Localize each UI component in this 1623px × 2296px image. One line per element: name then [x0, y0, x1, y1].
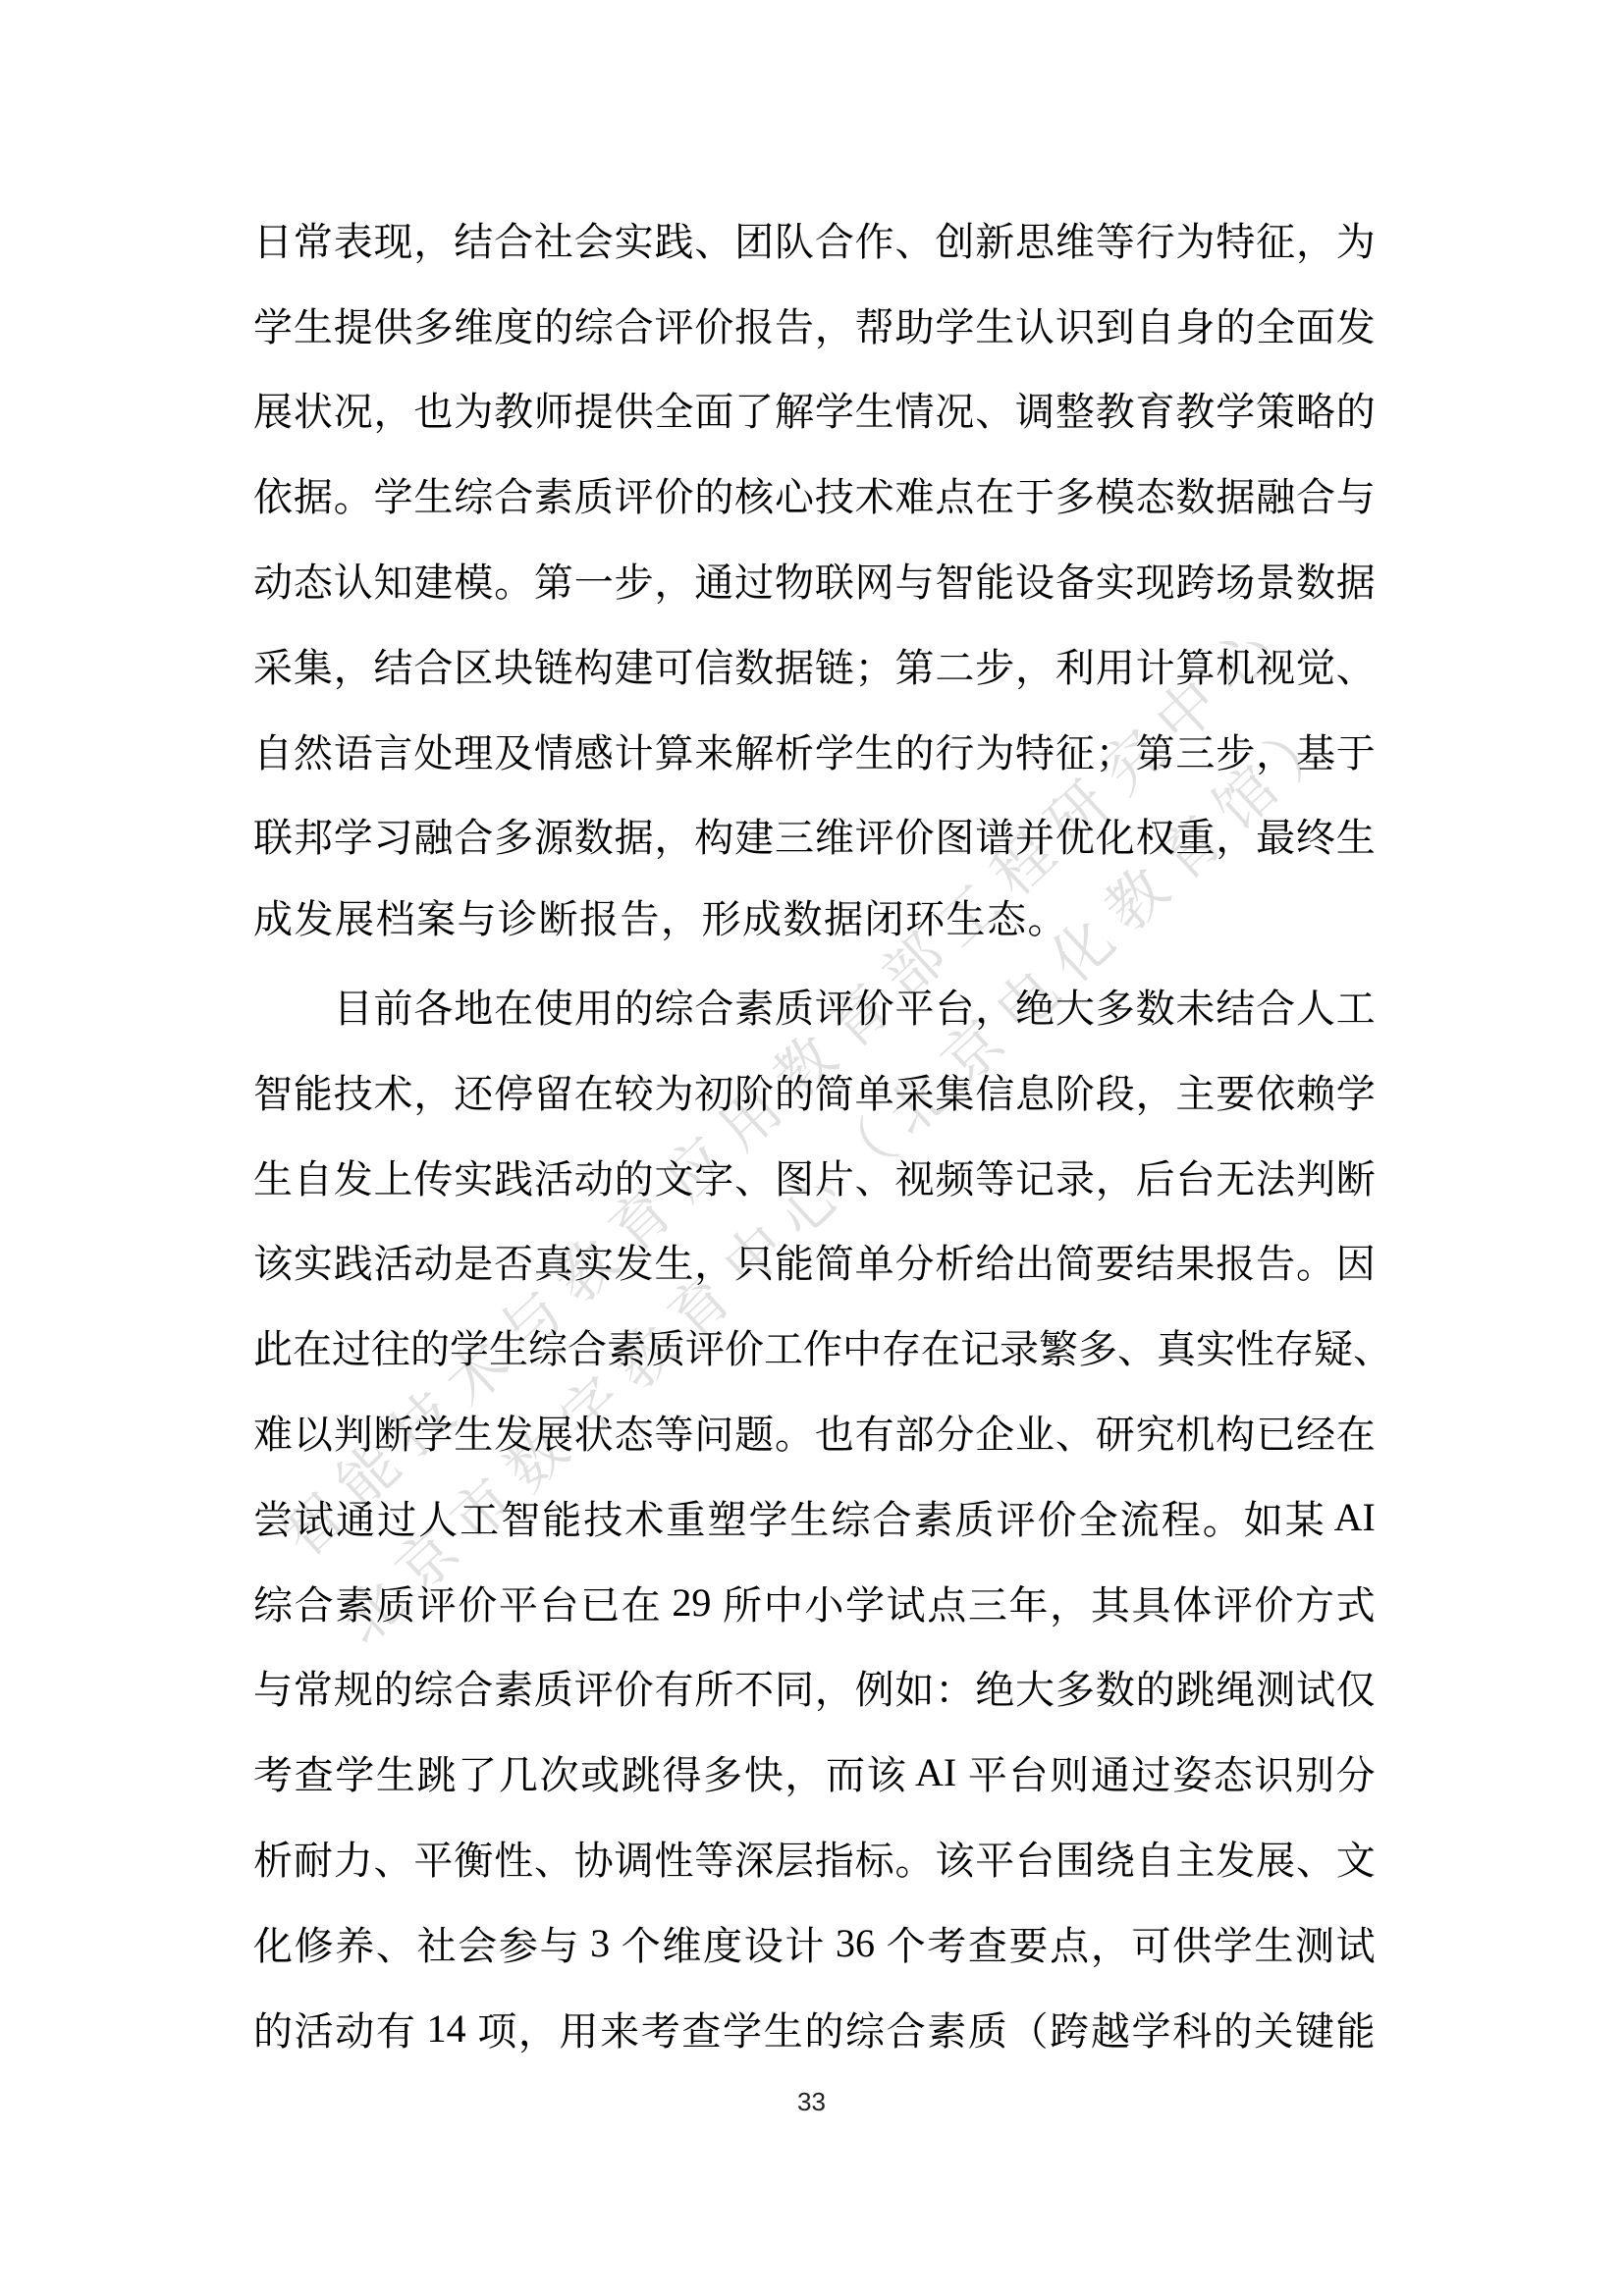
text-line: 采集，结合区块链构建可信数据链；第二步，利用计算机视觉、 [253, 622, 1376, 708]
text-line: 的活动有 14 项，用来考查学生的综合素质（跨越学科的关键能 [253, 1986, 1376, 2071]
text-line: 动态认知建模。第一步，通过物联网与智能设备实现跨场景数据 [253, 537, 1376, 622]
text-line: 化修养、社会参与 3 个维度设计 36 个考查要点，可供学生测试 [253, 1900, 1376, 1986]
text-line: 析耐力、平衡性、协调性等深层指标。该平台围绕自主发展、文 [253, 1815, 1376, 1900]
text-line: 综合素质评价平台已在 29 所中小学试点三年，其具体评价方式 [253, 1560, 1376, 1645]
text-line: 目前各地在使用的综合素质评价平台，绝大多数未结合人工 [253, 963, 1376, 1048]
text-line: 依据。学生综合素质评价的核心技术难点在于多模态数据融合与 [253, 452, 1376, 537]
text-line: 与常规的综合素质评价有所不同，例如：绝大多数的跳绳测试仅 [253, 1645, 1376, 1731]
text-line: 展状况，也为教师提供全面了解学生情况、调整教育教学策略的 [253, 367, 1376, 453]
text-line: 联邦学习融合多源数据，构建三维评价图谱并优化权重，最终生 [253, 793, 1376, 879]
text-line: 尝试通过人工智能技术重塑学生综合素质评价全流程。如某 AI [253, 1474, 1376, 1560]
text-line: 自然语言处理及情感计算来解析学生的行为特征；第三步，基于 [253, 708, 1376, 793]
text-line: 该实践活动是否真实发生，只能简单分析给出简要结果报告。因 [253, 1219, 1376, 1305]
text-line: 智能技术，还停留在较为初阶的简单采集信息阶段，主要依赖学 [253, 1048, 1376, 1134]
text-line: 学生提供多维度的综合评价报告，帮助学生认识到自身的全面发 [253, 282, 1376, 367]
text-line: 此在过往的学生综合素质评价工作中存在记录繁多、真实性存疑、 [253, 1304, 1376, 1389]
text-line: 日常表现，结合社会实践、团队合作、创新思维等行为特征，为 [253, 196, 1376, 282]
page-number: 33 [0, 2087, 1623, 2117]
text-block: 日常表现，结合社会实践、团队合作、创新思维等行为特征，为 学生提供多维度的综合评… [253, 196, 1376, 2071]
text-line: 考查学生跳了几次或跳得多快，而该 AI 平台则通过姿态识别分 [253, 1730, 1376, 1815]
text-line: 生自发上传实践活动的文字、图片、视频等记录，后台无法判断 [253, 1134, 1376, 1219]
text-line: 成发展档案与诊断报告，形成数据闭环生态。 [253, 878, 1376, 963]
text-line: 难以判断学生发展状态等问题。也有部分企业、研究机构已经在 [253, 1389, 1376, 1474]
document-page: 智能技术与教育应用教育部工程研究中心 北京市数字教育中心（北京电化教育馆） 日常… [0, 0, 1623, 2296]
